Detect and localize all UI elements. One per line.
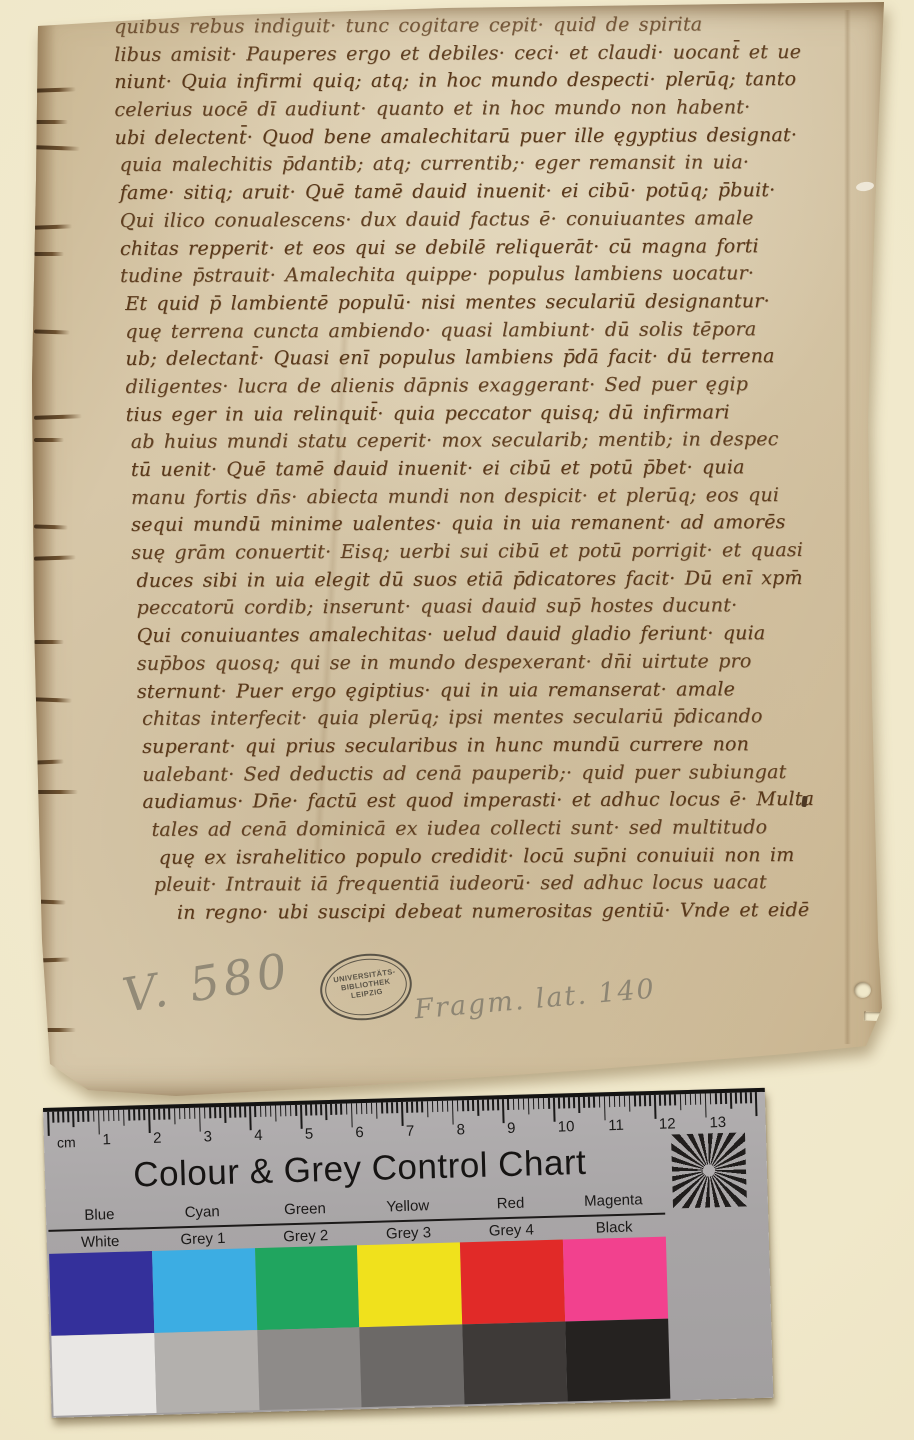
ruler-tick xyxy=(103,1110,105,1121)
manuscript-line: celerius uocē dī audiunt· quanto et in h… xyxy=(114,94,811,125)
parchment-hole xyxy=(854,982,871,998)
ruler-tick xyxy=(184,1108,186,1119)
ruler-tick xyxy=(401,1102,403,1126)
ruler-tick xyxy=(553,1098,555,1122)
binding-slit xyxy=(34,899,66,904)
ruler-tick xyxy=(270,1106,272,1117)
manuscript-text: quibus rebus indiguit· tunc cogitare cep… xyxy=(114,11,815,928)
ruler-tick xyxy=(62,1111,64,1122)
ruler-number: 3 xyxy=(203,1128,212,1145)
ruler-tick xyxy=(598,1096,600,1107)
binding-slit xyxy=(34,438,64,442)
ruler-tick xyxy=(426,1101,428,1117)
ruler-tick xyxy=(381,1103,383,1114)
ruler-tick xyxy=(578,1097,580,1113)
ruler-number: 4 xyxy=(254,1127,263,1144)
manuscript-line: quibus rebus indiguit· tunc cogitare cep… xyxy=(114,11,811,42)
ruler-tick xyxy=(93,1111,95,1122)
manuscript-line: ubi delectent̄· Quod bene amalechitarū p… xyxy=(114,122,811,153)
ruler-tick xyxy=(442,1101,444,1112)
color-patch xyxy=(49,1251,154,1336)
ruler-tick xyxy=(169,1108,171,1119)
manuscript-leaf: quibus rebus indiguit· tunc cogitare cep… xyxy=(26,0,892,1104)
ruler-tick xyxy=(730,1093,732,1109)
ruler-tick xyxy=(229,1107,231,1118)
manuscript-line: quę terrena cuncta ambiendo· quasi lambi… xyxy=(125,316,812,347)
ruler-tick xyxy=(153,1109,155,1120)
grey-label: Grey 1 xyxy=(151,1229,254,1249)
ruler-tick xyxy=(224,1107,226,1123)
ruler-tick xyxy=(133,1109,135,1120)
ruler-tick xyxy=(47,1112,49,1136)
ruler-tick xyxy=(113,1110,115,1121)
manuscript-line: chitas repperit· et eos qui se debilē re… xyxy=(120,232,812,263)
ruler-tick xyxy=(432,1101,434,1112)
color-patch xyxy=(563,1237,668,1322)
manuscript-line: ualebant· Sed deductis ad cenā pauperib;… xyxy=(142,759,814,790)
ruler-tick xyxy=(603,1096,605,1120)
ruler-tick xyxy=(720,1093,722,1104)
color-patch xyxy=(460,1240,565,1325)
ruler-tick xyxy=(477,1100,479,1116)
binding-slit xyxy=(34,87,76,92)
ruler-tick xyxy=(624,1096,626,1107)
ruler-tick xyxy=(265,1106,267,1117)
library-stamp: UNIVERSITÄTS- BIBLIOTHEK LEIPZIG xyxy=(316,948,416,1026)
ruler-tick xyxy=(563,1097,565,1108)
ruler-tick xyxy=(72,1111,74,1127)
ruler-tick xyxy=(214,1107,216,1118)
ruler-tick xyxy=(518,1099,520,1110)
ruler-tick xyxy=(659,1095,661,1106)
grey-patch xyxy=(154,1330,259,1413)
ruler-number: 11 xyxy=(608,1117,624,1134)
ruler-unit-label: cm xyxy=(57,1134,76,1151)
ruler-tick xyxy=(325,1104,327,1120)
fragment-number-annotation: Fragm. lat. 140 xyxy=(413,974,657,1026)
ruler-tick xyxy=(305,1105,307,1116)
ruler-tick xyxy=(548,1098,550,1109)
ruler-number: 9 xyxy=(507,1120,516,1137)
ruler-number: 8 xyxy=(456,1121,465,1138)
ruler-tick xyxy=(558,1098,560,1109)
ruler-tick xyxy=(361,1103,363,1114)
ruler-tick xyxy=(755,1092,757,1116)
manuscript-line: diligentes· lucra de alienis dāpnis exag… xyxy=(126,371,813,402)
ruler-tick xyxy=(254,1106,256,1117)
ruler-tick xyxy=(163,1109,165,1120)
ruler-tick xyxy=(457,1100,459,1111)
manuscript-line: tales ad cenā dominicā ex iudea collecti… xyxy=(152,814,815,845)
ruler-tick xyxy=(376,1103,378,1119)
binding-slit xyxy=(34,120,68,124)
ruler-tick xyxy=(679,1094,681,1110)
ruler-tick xyxy=(614,1096,616,1107)
ruler-tick xyxy=(467,1100,469,1111)
ruler-tick xyxy=(593,1097,595,1108)
ruler-tick xyxy=(346,1104,348,1115)
ruler-tick xyxy=(523,1099,525,1110)
manuscript-line: tū uenit· Quē tamē dauid inuenit· ei cib… xyxy=(131,454,813,485)
manuscript-line: manu fortis dn̄s· abiecta mundi non desp… xyxy=(131,482,813,513)
shelfmark-annotation: V. 580 xyxy=(119,943,295,1024)
ruler-tick xyxy=(290,1105,292,1116)
ruler-tick xyxy=(57,1112,59,1123)
color-patch xyxy=(152,1248,257,1333)
ruler-tick xyxy=(416,1102,418,1113)
ruler-tick xyxy=(619,1096,621,1107)
ruler-tick xyxy=(351,1103,353,1127)
ruler-tick xyxy=(88,1111,90,1122)
ruler-tick xyxy=(689,1094,691,1105)
ruler-number: 10 xyxy=(557,1118,574,1135)
color-patch xyxy=(357,1242,462,1327)
ruler-tick xyxy=(138,1109,140,1120)
ruler-tick xyxy=(735,1093,737,1104)
ruler-tick xyxy=(386,1102,388,1113)
ruler-tick xyxy=(275,1105,277,1121)
stamp-line: UNIVERSITÄTS- xyxy=(320,965,408,986)
ruler-tick xyxy=(148,1109,150,1133)
manuscript-line: duces sibi in uia elegit dū suos etiā p̄… xyxy=(136,565,813,596)
ruler-tick xyxy=(487,1100,489,1111)
ruler-tick xyxy=(700,1094,702,1105)
ruler-tick xyxy=(664,1095,666,1106)
ruler-tick xyxy=(750,1092,752,1103)
ruler-number: 2 xyxy=(153,1130,162,1147)
manuscript-line: audiamus· Dn̄e· factū est quod imperasti… xyxy=(142,786,814,817)
ruler-number: 6 xyxy=(355,1124,364,1141)
ruler-tick xyxy=(300,1105,302,1129)
manuscript-line: suę grām conuertit· Eisq; uerbi sui cibū… xyxy=(131,537,813,568)
ruler-tick xyxy=(315,1104,317,1115)
ruler-number: 13 xyxy=(709,1114,726,1131)
ruler-tick xyxy=(437,1101,439,1112)
manuscript-line: libus amisit· Pauperes ergo et debiles· … xyxy=(114,39,811,70)
starburst-icon xyxy=(671,1132,747,1208)
ruler-tick xyxy=(335,1104,337,1115)
ruler-tick xyxy=(573,1097,575,1108)
ruler-tick xyxy=(143,1109,145,1120)
ruler-number: 5 xyxy=(305,1125,314,1142)
ruler-tick xyxy=(189,1108,191,1119)
parchment-notch xyxy=(864,1012,882,1022)
grey-label: White xyxy=(49,1232,152,1252)
manuscript-line: quia malechitis p̄dantib; atq; currentib… xyxy=(120,149,812,180)
manuscript-line: Qui conuiuantes amalechitas· uelud dauid… xyxy=(137,620,814,651)
manuscript-line: ub; delectant̄· Quasi enī populus lambie… xyxy=(125,343,812,374)
color-label: Magenta xyxy=(562,1191,665,1211)
ruler-tick xyxy=(108,1110,110,1121)
color-label: Red xyxy=(459,1194,562,1214)
ruler-tick xyxy=(249,1106,251,1130)
manuscript-line: niunt· Quia infirmi quiq; atq; in hoc mu… xyxy=(114,66,811,97)
ruler-number: 12 xyxy=(659,1115,676,1132)
grey-label: Grey 4 xyxy=(460,1221,563,1241)
ruler-tick xyxy=(204,1107,206,1118)
binding-slit xyxy=(34,790,78,794)
binding-slit xyxy=(34,414,82,420)
manuscript-line: ab huius mundi statu ceperit· mox secula… xyxy=(131,426,813,457)
manuscript-line: superant· qui prius secularibus in hunc … xyxy=(142,731,814,762)
ruler-tick xyxy=(502,1099,504,1123)
ruler-tick xyxy=(447,1101,449,1112)
manuscript-line: Et quid p̄ lambientē populū· nisi mentes… xyxy=(125,288,812,319)
ruler-tick xyxy=(174,1108,176,1124)
ruler-tick xyxy=(669,1094,671,1105)
ruler-tick xyxy=(83,1111,85,1122)
binding-slit xyxy=(34,640,64,644)
ruler-tick xyxy=(209,1107,211,1118)
binding-slit xyxy=(34,224,72,229)
ruler-tick xyxy=(639,1095,641,1106)
manuscript-line: sequi mundū minime ualentes· quia in uia… xyxy=(131,509,813,540)
ruler-tick xyxy=(629,1096,631,1112)
ruler-tick xyxy=(244,1106,246,1117)
ruler-tick xyxy=(684,1094,686,1105)
grey-patch xyxy=(257,1327,362,1410)
grey-patch-row xyxy=(51,1319,670,1416)
ruler-tick xyxy=(77,1111,79,1122)
ruler-tick xyxy=(67,1111,69,1122)
ruler-tick xyxy=(52,1112,54,1123)
ruler-tick xyxy=(260,1106,262,1117)
ruler-tick xyxy=(583,1097,585,1108)
ruler-tick xyxy=(219,1107,221,1118)
ruler-tick xyxy=(391,1102,393,1113)
ruler-tick xyxy=(452,1101,454,1125)
ruler-tick xyxy=(396,1102,398,1113)
ruler-tick xyxy=(588,1097,590,1108)
ruler-tick xyxy=(543,1098,545,1109)
ruler-tick xyxy=(340,1104,342,1115)
ruler-tick xyxy=(371,1103,373,1114)
color-label: Yellow xyxy=(356,1196,459,1216)
ruler-tick xyxy=(695,1094,697,1105)
ruler-tick xyxy=(356,1103,358,1114)
manuscript-line: chitas interfecit· quia plerūq; ipsi men… xyxy=(142,703,814,734)
manuscript-line: in regno· ubi suscipi debeat numerositas… xyxy=(177,897,815,927)
ruler-number: 7 xyxy=(406,1123,415,1140)
ruler-tick xyxy=(654,1095,656,1119)
ruler-tick xyxy=(366,1103,368,1114)
grey-patch xyxy=(565,1319,670,1402)
ruler-tick xyxy=(705,1093,707,1117)
photo-backdrop: quibus rebus indiguit· tunc cogitare cep… xyxy=(0,0,914,1440)
grey-patch xyxy=(51,1333,156,1416)
manuscript-line: tius eger in uia relinquit̄· quia peccat… xyxy=(126,399,813,430)
ruler-tick xyxy=(285,1105,287,1116)
manuscript-line: fame· sitiq; aruit· Quē tamē dauid inuen… xyxy=(120,177,812,208)
grey-label: Grey 3 xyxy=(357,1223,460,1243)
ruler-tick xyxy=(234,1107,236,1118)
ruler-tick xyxy=(158,1109,160,1120)
ruler-tick xyxy=(507,1099,509,1110)
ruler-tick xyxy=(674,1094,676,1105)
parchment-flaw xyxy=(855,181,874,192)
ruler-tick xyxy=(528,1098,530,1114)
color-label: Blue xyxy=(48,1205,151,1225)
manuscript-line: quę ex israhelitico populo credidit· loc… xyxy=(159,842,815,873)
ruler-tick xyxy=(194,1108,196,1119)
parchment-crease xyxy=(844,10,851,1044)
ruler-tick xyxy=(295,1105,297,1116)
ruler-tick xyxy=(512,1099,514,1110)
ruler-tick xyxy=(239,1106,241,1117)
stamp-line: LEIPZIG xyxy=(323,983,411,1004)
ruler-tick xyxy=(472,1100,474,1111)
ruler-tick xyxy=(644,1095,646,1106)
ruler-tick xyxy=(634,1095,636,1106)
ruler-tick xyxy=(725,1093,727,1104)
manuscript-line: peccatorū cordib; inserunt· quasi dauid … xyxy=(137,592,814,623)
ruler-tick xyxy=(715,1093,717,1104)
grey-patch xyxy=(360,1324,465,1407)
ruler-tick xyxy=(320,1104,322,1115)
ruler-tick xyxy=(609,1096,611,1107)
ruler-tick xyxy=(482,1100,484,1111)
color-label: Cyan xyxy=(151,1202,254,1222)
binding-slit xyxy=(34,759,64,764)
ruler-tick xyxy=(179,1108,181,1119)
ruler-tick xyxy=(745,1092,747,1103)
ruler-tick xyxy=(199,1108,201,1132)
ruler-tick xyxy=(123,1110,125,1126)
grey-label: Grey 2 xyxy=(254,1226,357,1246)
grey-label: Black xyxy=(562,1218,665,1238)
ruler-tick xyxy=(710,1093,712,1104)
binding-edge xyxy=(26,0,56,1104)
manuscript-line: sternunt· Puer ergo ęgiptius· qui in uia… xyxy=(137,675,814,706)
binding-slit xyxy=(34,555,76,560)
ruler-tick xyxy=(649,1095,651,1106)
parchment-surface: quibus rebus indiguit· tunc cogitare cep… xyxy=(26,0,892,1104)
ruler-tick xyxy=(128,1110,130,1121)
ruler-tick xyxy=(740,1092,742,1103)
ruler-tick xyxy=(568,1097,570,1108)
ruler-tick xyxy=(118,1110,120,1121)
color-patch xyxy=(255,1245,360,1330)
ruler-tick xyxy=(538,1098,540,1109)
manuscript-line: pleuit· Intrauit iā frequentiā iudeorū· … xyxy=(154,869,815,900)
ruler-tick xyxy=(462,1100,464,1111)
ruler-tick xyxy=(492,1099,494,1110)
ruler-tick xyxy=(411,1102,413,1113)
color-label: Green xyxy=(253,1199,356,1219)
color-control-chart: cm 12345678910111213 Colour & Grey Contr… xyxy=(43,1088,773,1418)
stamp-line: BIBLIOTHEK xyxy=(321,974,409,995)
binding-slit xyxy=(34,957,70,962)
binding-slit xyxy=(34,252,64,256)
ruler-tick xyxy=(310,1104,312,1115)
ruler-number: 1 xyxy=(102,1131,111,1148)
manuscript-line: sup̄bos quosq; qui se in mundo despexera… xyxy=(137,648,814,679)
ruler-tick xyxy=(98,1110,100,1134)
ruler-tick xyxy=(406,1102,408,1113)
ruler-tick xyxy=(533,1098,535,1109)
ruler-tick xyxy=(421,1101,423,1112)
ruler-tick xyxy=(330,1104,332,1115)
manuscript-line: tudine p̄strauit· Amalechita quippe· pop… xyxy=(120,260,812,291)
binding-slit xyxy=(34,1028,76,1032)
manuscript-line: Qui ilico conualescens· dux dauid factus… xyxy=(120,205,812,236)
ruler-tick xyxy=(497,1099,499,1110)
ruler-tick xyxy=(280,1105,282,1116)
grey-patch xyxy=(463,1321,568,1404)
